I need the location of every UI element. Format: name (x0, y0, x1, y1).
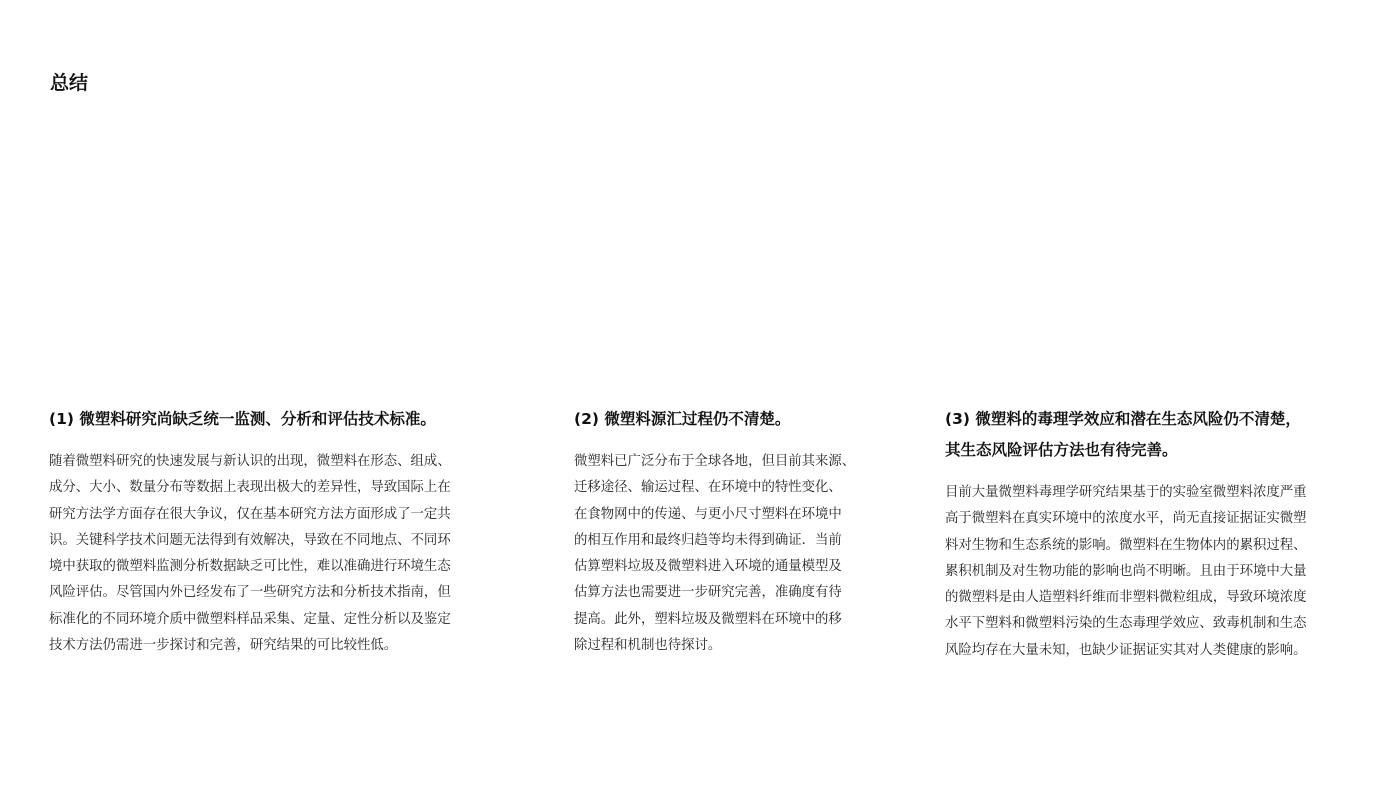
body-line: 风险均存在大量未知，也缺少证据证实其对人类健康的影响。 (945, 638, 1355, 664)
body-line: 境中获取的微塑料监测分析数据缺乏可比性，难以准确进行环境生态 (49, 554, 499, 580)
body-line: 水平下塑料和微塑料污染的生态毒理学效应、致毒机制和生态 (945, 611, 1355, 637)
section-body: 微塑料已广泛分布于全球各地，但目前其来源、 迁移途径、输运过程、在环境中的特性变… (574, 449, 894, 659)
heading-line: 其生态风险评估方法也有待完善。 (945, 435, 1355, 466)
page-title: 总结 (50, 68, 88, 95)
body-line: 除过程和机制也待探讨。 (574, 633, 894, 659)
body-line: 随着微塑料研究的快速发展与新认识的出现，微塑料在形态、组成、 (49, 449, 499, 475)
body-line: 高于微塑料在真实环境中的浓度水平，尚无直接证据证实微塑 (945, 506, 1355, 532)
section-heading: (3) 微塑料的毒理学效应和潜在生态风险仍不清楚， 其生态风险评估方法也有待完善… (945, 404, 1355, 466)
body-line: 估算塑料垃圾及微塑料进入环境的通量模型及 (574, 554, 894, 580)
section-2-source-sink: (2) 微塑料源汇过程仍不清楚。 微塑料已广泛分布于全球各地，但目前其来源、 迁… (574, 404, 894, 659)
section-body: 随着微塑料研究的快速发展与新认识的出现，微塑料在形态、组成、 成分、大小、数量分… (49, 449, 499, 659)
body-line: 微塑料已广泛分布于全球各地，但目前其来源、 (574, 449, 894, 475)
heading-line: (3) 微塑料的毒理学效应和潜在生态风险仍不清楚， (945, 404, 1355, 435)
body-line: 的相互作用和最终归趋等均未得到确证．当前 (574, 528, 894, 554)
body-line: 迁移途径、输运过程、在环境中的特性变化、 (574, 475, 894, 501)
section-heading: (1) 微塑料研究尚缺乏统一监测、分析和评估技术标准。 (49, 404, 499, 435)
body-line: 风险评估。尽管国内外已经发布了一些研究方法和分析技术指南，但 (49, 580, 499, 606)
body-line: 标准化的不同环境介质中微塑料样品采集、定量、定性分析以及鉴定 (49, 607, 499, 633)
body-line: 技术方法仍需进一步探讨和完善，研究结果的可比较性低。 (49, 633, 499, 659)
section-3-toxicology: (3) 微塑料的毒理学效应和潜在生态风险仍不清楚， 其生态风险评估方法也有待完善… (945, 404, 1355, 664)
body-line: 的微塑料是由人造塑料纤维而非塑料微粒组成，导致环境浓度 (945, 585, 1355, 611)
section-body: 目前大量微塑料毒理学研究结果基于的实验室微塑料浓度严重 高于微塑料在真实环境中的… (945, 480, 1355, 664)
section-1-standards: (1) 微塑料研究尚缺乏统一监测、分析和评估技术标准。 随着微塑料研究的快速发展… (49, 404, 499, 659)
body-line: 提高。此外，塑料垃圾及微塑料在环境中的移 (574, 607, 894, 633)
body-line: 估算方法也需要进一步研究完善，准确度有待 (574, 580, 894, 606)
body-line: 目前大量微塑料毒理学研究结果基于的实验室微塑料浓度严重 (945, 480, 1355, 506)
body-line: 在食物网中的传递、与更小尺寸塑料在环境中 (574, 502, 894, 528)
heading-line: (2) 微塑料源汇过程仍不清楚。 (574, 404, 894, 435)
body-line: 成分、大小、数量分布等数据上表现出极大的差异性，导致国际上在 (49, 475, 499, 501)
section-heading: (2) 微塑料源汇过程仍不清楚。 (574, 404, 894, 435)
body-line: 识。关键科学技术问题无法得到有效解决，导致在不同地点、不同环 (49, 528, 499, 554)
heading-line: (1) 微塑料研究尚缺乏统一监测、分析和评估技术标准。 (49, 404, 499, 435)
body-line: 研究方法学方面存在很大争议，仅在基本研究方法方面形成了一定共 (49, 502, 499, 528)
body-line: 料对生物和生态系统的影响。微塑料在生物体内的累积过程、 (945, 533, 1355, 559)
body-line: 累积机制及对生物功能的影响也尚不明晰。且由于环境中大量 (945, 559, 1355, 585)
